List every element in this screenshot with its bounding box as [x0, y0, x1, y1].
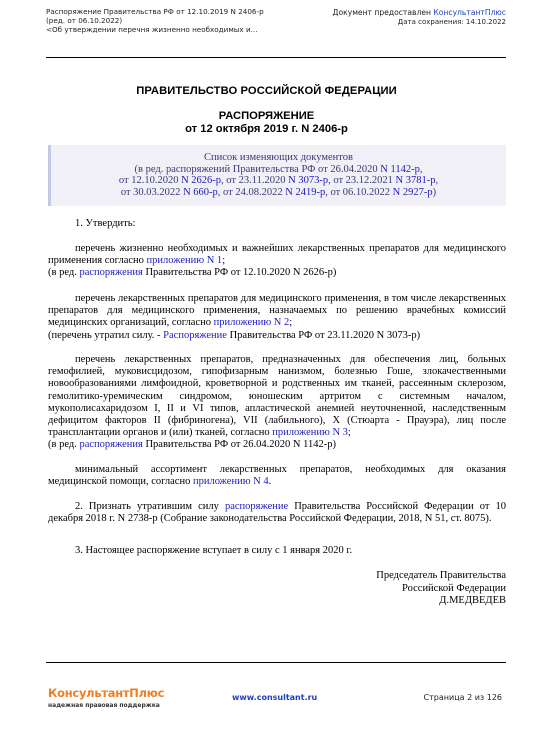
order-heading: РАСПОРЯЖЕНИЕ от 12 октября 2019 г. N 240… — [0, 110, 533, 135]
separator: , — [436, 175, 439, 186]
amendments-box: Список изменяющих документов (в ред. рас… — [48, 145, 506, 206]
doc-title-line2: (ред. от 06.10.2022) — [46, 16, 264, 25]
amendment-link[interactable]: N 3781-р — [396, 175, 436, 186]
item-text: перечень жизненно необходимых и важнейши… — [48, 243, 506, 266]
amendments-text: от 12.10.2020 — [119, 175, 179, 186]
provided-by-label: Документ предоставлен — [333, 8, 431, 17]
website-link[interactable]: www.consultant.ru — [232, 693, 317, 702]
signature-block: Председатель Правительства Российской Фе… — [376, 570, 506, 608]
signature-org: Российской Федерации — [376, 583, 506, 596]
amendments-text: от 30.03.2022 — [121, 187, 181, 198]
item-text: перечень лекарственных препаратов, предн… — [48, 354, 506, 438]
note-text: (в ред. — [48, 267, 79, 278]
list-item-4: минимальный ассортимент лекарственных пр… — [48, 464, 506, 488]
provider-link[interactable]: КонсультантПлюс — [433, 8, 506, 17]
list-item-2: перечень лекарственных препаратов для ме… — [48, 293, 506, 342]
punct: ; — [348, 427, 351, 438]
amendments-text: (в ред. распоряжений Правительства РФ от… — [135, 164, 378, 175]
government-heading: ПРАВИТЕЛЬСТВО РОССИЙСКОЙ ФЕДЕРАЦИИ — [0, 85, 533, 97]
appendix-1-link[interactable]: приложению N 1 — [147, 255, 223, 266]
logo-tagline: надежная правовая поддержка — [48, 702, 160, 709]
list-item-3: перечень лекарственных препаратов, предн… — [48, 354, 506, 452]
amendments-text: , от 23.12.2021 — [328, 175, 393, 186]
amendment-link[interactable]: N 1142-р — [380, 164, 420, 175]
item-text: минимальный ассортимент лекарственных пр… — [48, 464, 506, 487]
note-text: Правительства РФ от 12.10.2020 N 2626-р) — [143, 267, 337, 278]
signature-position: Председатель Правительства — [376, 570, 506, 583]
amendment-link[interactable]: N 660-р — [183, 187, 218, 198]
repeal-link[interactable]: Распоряжение — [163, 330, 227, 341]
appendix-3-link[interactable]: приложению N 3 — [272, 427, 348, 438]
doc-title-line1: Распоряжение Правительства РФ от 12.10.2… — [46, 7, 264, 16]
paragraph-text: 2. Признать утратившим силу — [75, 501, 225, 512]
page-number: Страница 2 из 126 — [424, 693, 502, 702]
amendment-link[interactable]: N 2927-р — [393, 187, 433, 198]
note-text: Правительства РФ от 26.04.2020 N 1142-р) — [143, 439, 336, 450]
paragraph-text: 3. Настоящее распоряжение вступает в сил… — [48, 545, 506, 557]
doc-title-line3: <Об утверждении перечня жизненно необход… — [46, 25, 264, 34]
note-text: (перечень утратил силу. - — [48, 330, 163, 341]
document-header-provider: Документ предоставлен КонсультантПлюс Да… — [333, 8, 506, 27]
punct: . — [269, 476, 272, 487]
separator: ) — [433, 187, 437, 198]
footer-divider — [46, 662, 506, 663]
note-text: (в ред. — [48, 439, 79, 450]
amendments-text: , от 23.11.2020 — [221, 175, 285, 186]
note-text: Правительства РФ от 23.11.2020 N 3073-р) — [227, 330, 420, 341]
list-item-1: перечень жизненно необходимых и важнейши… — [48, 243, 506, 280]
paragraph-text: 1. Утвердить: — [48, 218, 506, 230]
amendment-link[interactable]: распоряжения — [79, 439, 142, 450]
amendments-text: , от 06.10.2022 — [325, 187, 390, 198]
doc-date-number: от 12 октября 2019 г. N 2406-р — [0, 123, 533, 136]
repealed-order-link[interactable]: распоряжение — [225, 501, 288, 512]
appendix-4-link[interactable]: приложению N 4 — [193, 476, 269, 487]
paragraph-2: 2. Признать утратившим силу распоряжение… — [48, 501, 506, 525]
consultant-logo: КонсультантПлюс — [48, 686, 164, 700]
document-header-title: Распоряжение Правительства РФ от 12.10.2… — [46, 7, 264, 34]
paragraph-3: 3. Настоящее распоряжение вступает в сил… — [48, 545, 506, 557]
amendment-link[interactable]: распоряжения — [79, 267, 142, 278]
paragraph-1: 1. Утвердить: — [48, 218, 506, 230]
save-date: Дата сохранения: 14.10.2022 — [333, 18, 506, 28]
punct: ; — [289, 317, 292, 328]
appendix-2-link[interactable]: приложению N 2 — [214, 317, 290, 328]
separator: , — [420, 164, 423, 175]
doc-type: РАСПОРЯЖЕНИЕ — [0, 110, 533, 123]
signature-name: Д.МЕДВЕДЕВ — [376, 595, 506, 608]
amendments-heading: Список изменяющих документов — [51, 152, 506, 164]
header-divider — [46, 57, 506, 58]
amendment-link[interactable]: N 2626-р — [181, 175, 221, 186]
amendment-link[interactable]: N 3073-р — [288, 175, 328, 186]
amendment-link[interactable]: N 2419-р — [285, 187, 325, 198]
amendments-text: , от 24.08.2022 — [218, 187, 283, 198]
punct: ; — [222, 255, 225, 266]
